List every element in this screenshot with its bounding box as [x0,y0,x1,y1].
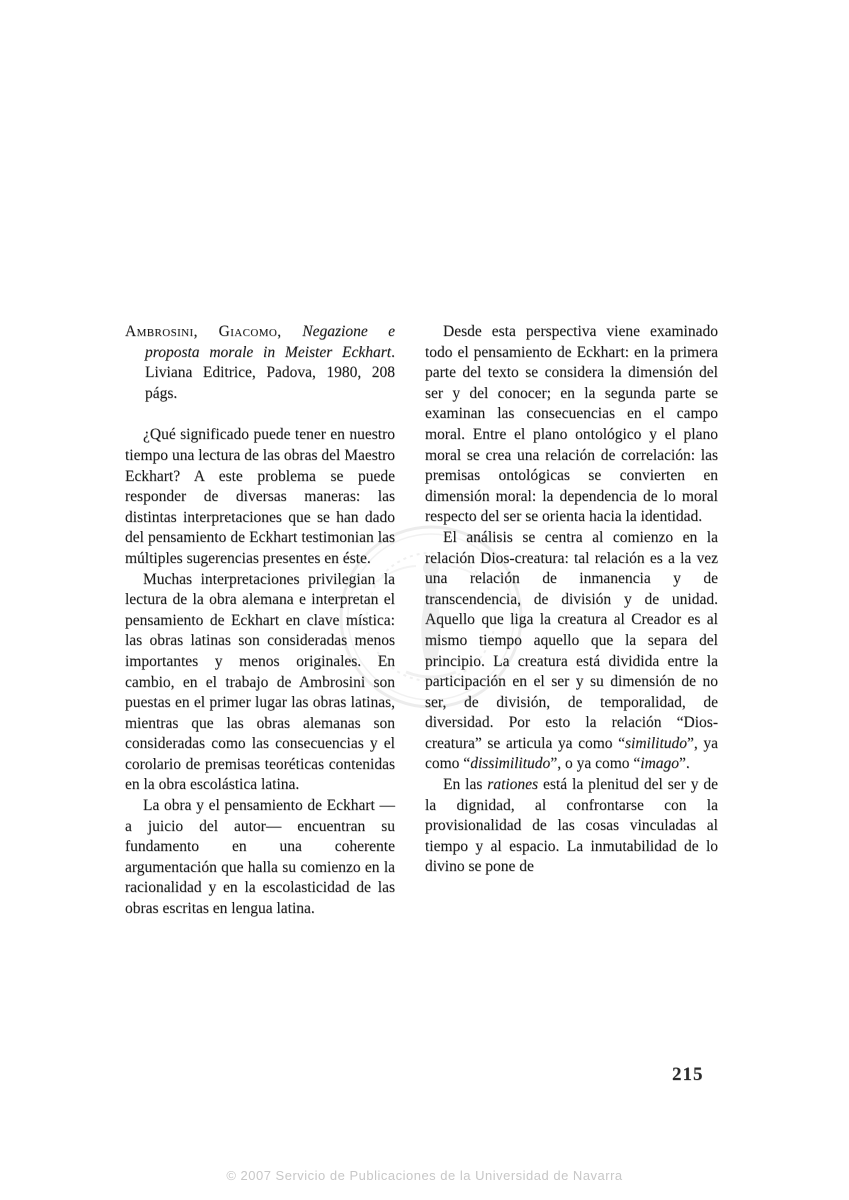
scanned-book-review-page: Ambrosini, Giacomo, Negazione e proposta… [0,0,849,1200]
text-block: Ambrosini, Giacomo, Negazione e proposta… [125,322,718,920]
paragraph: ¿Qué significado puede tener en nuestro … [125,425,395,569]
paragraph: Desde esta perspectiva viene examinado t… [425,322,718,528]
text-run: La obra y el pensamiento de Eckhart —a j… [125,797,395,917]
text-run: El análisis se centra al comienzo en la … [425,529,718,752]
paragraph: En las rationes está la plenitud del ser… [425,775,718,878]
text-run: ”. [679,755,690,772]
text-run: ¿Qué significado puede tener en nuestro … [125,426,395,567]
text-run: rationes [487,776,538,793]
left-column: Ambrosini, Giacomo, Negazione e proposta… [125,322,395,920]
text-run: Desde esta perspectiva viene examinado t… [425,323,718,525]
text-run: similitudo [625,735,687,752]
paragraph: Muchas interpretaciones privilegian la l… [125,570,395,797]
text-run: imago [640,755,679,772]
text-run: Ambrosini, Giacomo, [125,323,302,340]
text-run: dissimilitudo [470,755,550,772]
page-number: 215 [672,1064,704,1086]
text-run: Muchas interpretaciones privilegian la l… [125,571,395,794]
copyright-watermark: © 2007 Servicio de Publicaciones de la U… [0,1168,849,1183]
bibliographic-entry: Ambrosini, Giacomo, Negazione e proposta… [125,322,395,404]
text-run: ”, o ya como “ [550,755,640,772]
paragraph: La obra y el pensamiento de Eckhart —a j… [125,796,395,920]
paragraph: El análisis se centra al comienzo en la … [425,528,718,775]
right-column: Desde esta perspectiva viene examinado t… [425,322,718,920]
text-run: En las [443,776,487,793]
